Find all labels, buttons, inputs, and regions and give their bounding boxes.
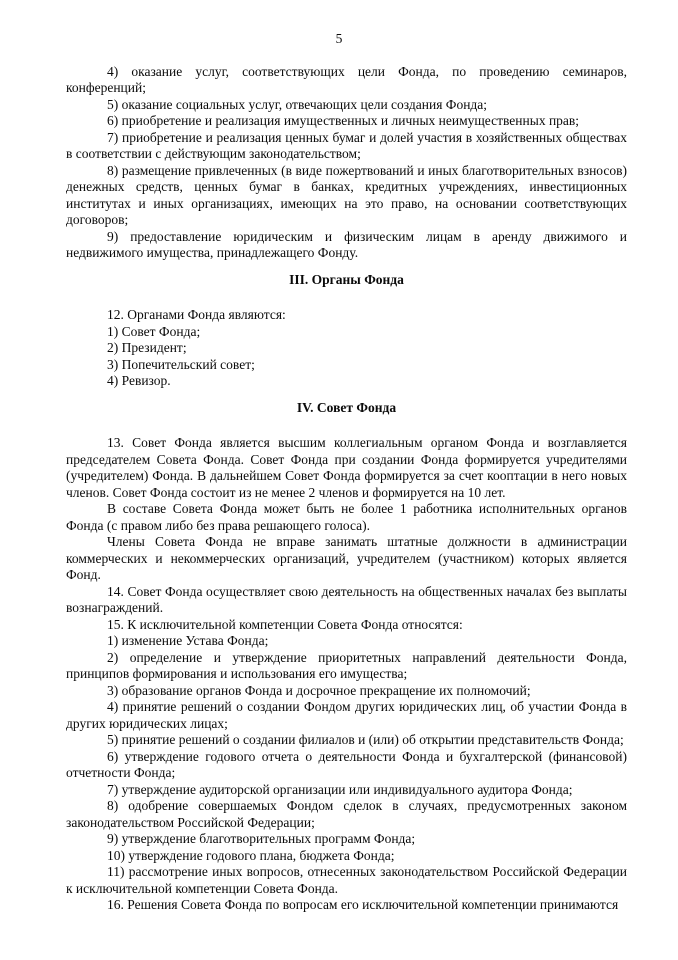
paragraph: 13. Совет Фонда является высшим коллегиа… [66,435,627,501]
paragraph: 9) утверждение благотворительных програм… [66,831,627,848]
paragraph: 5) принятие решений о создании филиалов … [66,732,627,749]
paragraph: 7) приобретение и реализация ценных бума… [66,130,627,163]
paragraph: 4) принятие решений о создании Фондом др… [66,699,627,732]
paragraph: 2) определение и утверждение приоритетны… [66,650,627,683]
section-heading: III. Органы Фонда [66,272,627,289]
paragraph: 15. К исключительной компетенции Совета … [66,617,627,634]
paragraph: В составе Совета Фонда может быть не бол… [66,501,627,534]
paragraph: 14. Совет Фонда осуществляет свою деятел… [66,584,627,617]
paragraph: 1) Совет Фонда; [66,324,627,341]
paragraph: 11) рассмотрение иных вопросов, отнесенн… [66,864,627,897]
paragraph: 7) утверждение аудиторской организации и… [66,782,627,799]
paragraph: 4) Ревизор. [66,373,627,390]
paragraph: 3) Попечительский совет; [66,357,627,374]
page-number: 5 [0,31,678,48]
paragraph: 16. Решения Совета Фонда по вопросам его… [66,897,627,914]
section-heading: IV. Совет Фонда [66,400,627,417]
document-page: 5 4) оказание услуг, соответствующих цел… [0,0,678,960]
paragraph: 6) приобретение и реализация имущественн… [66,113,627,130]
paragraph: 9) предоставление юридическим и физическ… [66,229,627,262]
paragraph: 1) изменение Устава Фонда; [66,633,627,650]
paragraph: Члены Совета Фонда не вправе занимать шт… [66,534,627,584]
paragraph: 2) Президент; [66,340,627,357]
paragraph: 8) размещение привлеченных (в виде пожер… [66,163,627,229]
paragraph: 4) оказание услуг, соответствующих цели … [66,64,627,97]
paragraph: 12. Органами Фонда являются: [66,307,627,324]
paragraph: 6) утверждение годового отчета о деятель… [66,749,627,782]
paragraph: 5) оказание социальных услуг, отвечающих… [66,97,627,114]
paragraph: 8) одобрение совершаемых Фондом сделок в… [66,798,627,831]
paragraph: 10) утверждение годового плана, бюджета … [66,848,627,865]
document-body: 4) оказание услуг, соответствующих цели … [66,64,627,914]
paragraph: 3) образование органов Фонда и досрочное… [66,683,627,700]
